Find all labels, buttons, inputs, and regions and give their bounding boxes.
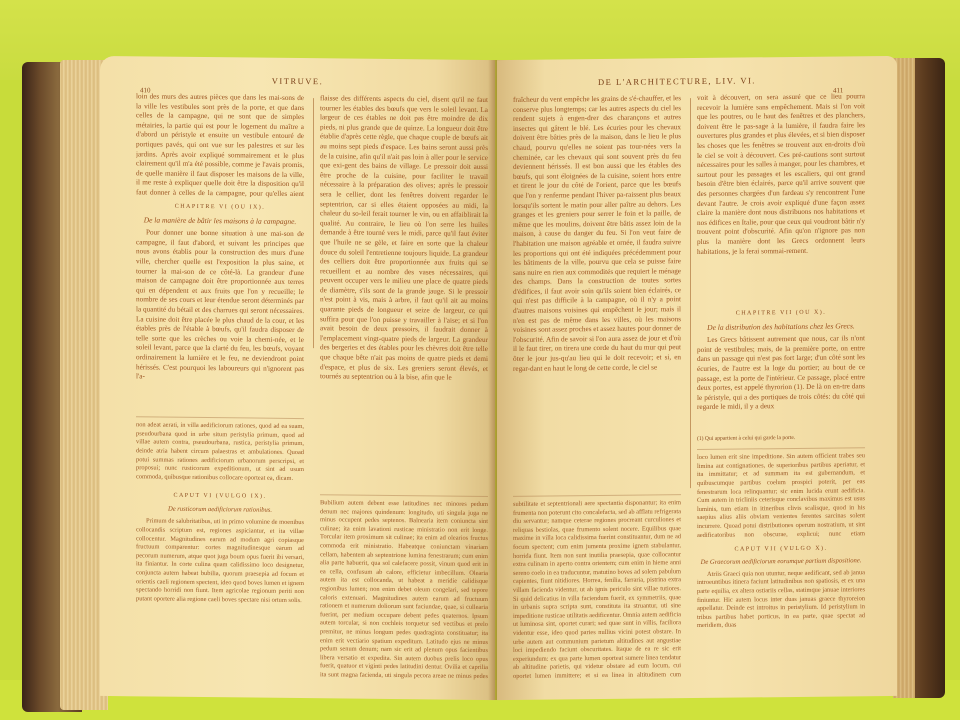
section-divider xyxy=(136,416,304,419)
left-column-a: loin des murs des autres pièces que dans… xyxy=(136,92,304,679)
latin-chapter-title: CAPUT VII (VULGO X). xyxy=(697,544,865,555)
french-text: flaisse des différents aspects du ciel, … xyxy=(320,94,488,490)
french-text: voit à découvert, on sera assuré que ce … xyxy=(697,92,865,304)
left-page: VITRUVE. 410 loin des murs des autres pi… xyxy=(100,56,495,700)
chapter-title: CHAPITRE VI (OU IX). xyxy=(136,202,304,213)
french-text: fraîcheur du vent empêche les grains de … xyxy=(513,94,681,490)
left-page-columns: loin des murs des autres pièces que dans… xyxy=(136,92,488,681)
running-head-left: VITRUVE. xyxy=(100,74,495,88)
chapter-subtitle: De la distribution des habitations chez … xyxy=(697,321,865,332)
latin-chapter-subtitle: De Graecorum aedificiorum eorumque parti… xyxy=(697,557,865,567)
latin-chapter-title: CAPUT VI (VULGO IX). xyxy=(136,491,304,502)
left-column-b: flaisse des différents aspects du ciel, … xyxy=(320,94,488,681)
latin-chapter-subtitle: De rusticorum aedificiorum rationibus. xyxy=(136,504,304,515)
latin-text: subtilitate et septentrionali aere spect… xyxy=(513,499,681,681)
right-column-a: fraîcheur du vent empêche les grains de … xyxy=(513,94,681,681)
right-page-columns: fraîcheur du vent empêche les grains de … xyxy=(513,92,865,681)
latin-text: loco lumen erit sine impeditione. Sin au… xyxy=(697,452,865,540)
chapter-subtitle: De la manière de bâtir les maisons à la … xyxy=(136,215,304,226)
footnote: (1) Qui appartient à celui qui garde la … xyxy=(697,434,865,443)
french-text: Pour donner une bonne situation à une ma… xyxy=(136,228,304,412)
section-divider xyxy=(697,447,865,450)
chapter-title: CHAPITRE VII (OU X). xyxy=(697,308,865,319)
section-divider xyxy=(320,494,488,497)
latin-text: Atriis Graeci quia non utuntur, neque ae… xyxy=(697,569,865,633)
right-page: DE L'ARCHITECTURE, LIV. VI. 411 fraîcheu… xyxy=(497,56,897,700)
latin-text: Primum de salubritatibus, uti in primo v… xyxy=(136,518,304,640)
section-divider xyxy=(513,494,681,497)
french-text: loin des murs des autres pièces que dans… xyxy=(136,92,304,198)
latin-text: non adeat aerati, in villa aedificiorum … xyxy=(136,421,304,487)
latin-text: Bubilium autem debent esse latitudines n… xyxy=(320,499,488,681)
french-text: Les Grecs bâtissent autrement que nous, … xyxy=(697,334,865,432)
right-column-b: voit à découvert, on sera assuré que ce … xyxy=(697,92,865,679)
